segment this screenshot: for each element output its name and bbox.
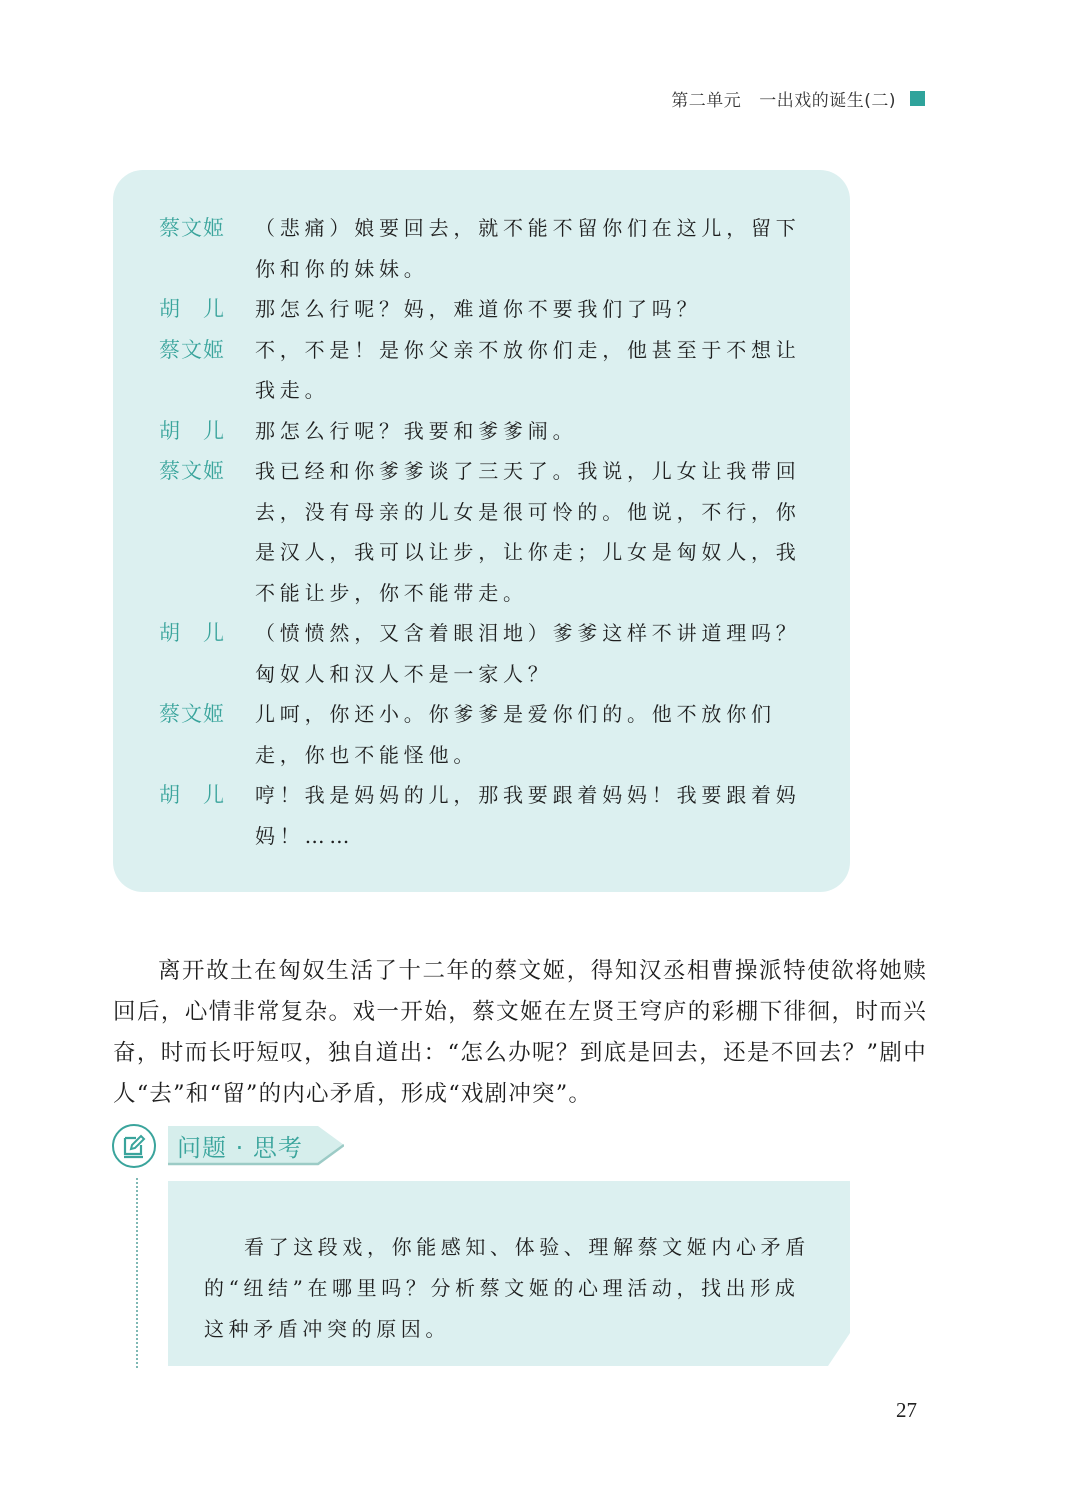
speech-text: 我已经和你爹爹谈了三天了。我说，儿女让我带回去，没有母亲的儿女是很可怜的。他说，… (255, 451, 819, 613)
speech-text: 哼！我是妈妈的儿，那我要跟着妈妈！我要跟着妈妈！…… (255, 775, 819, 856)
dialogue-line: 蔡文姬 儿呵，你还小。你爹爹是爱你们的。他不放你们走，你也不能怪他。 (159, 694, 819, 775)
dialogue-line: 胡 儿 那怎么行呢？妈，难道你不要我们了吗？ (159, 289, 819, 330)
speech-text: 不，不是！是你父亲不放你们走，他甚至于不想让我走。 (255, 330, 819, 411)
running-header: 第二单元 一出戏的诞生(二) (671, 86, 925, 111)
dialogue-line: 蔡文姬 不，不是！是你父亲不放你们走，他甚至于不想让我走。 (159, 330, 819, 411)
body-paragraph: 离开故土在匈奴生活了十二年的蔡文姬，得知汉丞相曹操派特使欲将她赎回后，心情非常复… (113, 951, 927, 1115)
speaker-name: 胡 儿 (159, 775, 255, 816)
speech-text: （悲痛）娘要回去，就不能不留你们在这儿，留下你和你的妹妹。 (255, 208, 819, 289)
speech-text: 儿呵，你还小。你爹爹是爱你们的。他不放你们走，你也不能怪他。 (255, 694, 819, 775)
question-text: 看了这段戏，你能感知、体验、理解蔡文姬内心矛盾的“纽结”在哪里吗？分析蔡文姬的心… (204, 1227, 820, 1350)
speaker-name: 胡 儿 (159, 289, 255, 330)
dotted-divider (136, 1178, 138, 1368)
speech-text: 那怎么行呢？妈，难道你不要我们了吗？ (255, 289, 819, 330)
dialogue-line: 胡 儿 哼！我是妈妈的儿，那我要跟着妈妈！我要跟着妈妈！…… (159, 775, 819, 856)
speech-text: 那怎么行呢？我要和爹爹闹。 (255, 411, 819, 452)
question-box: 看了这段戏，你能感知、体验、理解蔡文姬内心矛盾的“纽结”在哪里吗？分析蔡文姬的心… (168, 1181, 850, 1366)
accent-square-icon (910, 91, 925, 106)
dialogue-line: 胡 儿 那怎么行呢？我要和爹爹闹。 (159, 411, 819, 452)
speaker-name: 胡 儿 (159, 613, 255, 654)
speaker-name: 蔡文姬 (159, 451, 255, 492)
thinking-section-banner: 问题 · 思考 (168, 1126, 344, 1166)
speaker-name: 胡 儿 (159, 411, 255, 452)
speech-text: （愤愤然，又含着眼泪地）爹爹这样不讲道理吗？匈奴人和汉人不是一家人？ (255, 613, 819, 694)
section-title: 问题 · 思考 (177, 1128, 303, 1163)
speaker-name: 蔡文姬 (159, 330, 255, 371)
dialogue-line: 胡 儿 （愤愤然，又含着眼泪地）爹爹这样不讲道理吗？匈奴人和汉人不是一家人？ (159, 613, 819, 694)
speaker-name: 蔡文姬 (159, 694, 255, 735)
unit-label: 第二单元 (671, 86, 741, 111)
dialogue-line: 蔡文姬 我已经和你爹爹谈了三天了。我说，儿女让我带回去，没有母亲的儿女是很可怜的… (159, 451, 819, 613)
dialogue: 蔡文姬 （悲痛）娘要回去，就不能不留你们在这儿，留下你和你的妹妹。 胡 儿 那怎… (159, 208, 819, 856)
script-excerpt-box: 蔡文姬 （悲痛）娘要回去，就不能不留你们在这儿，留下你和你的妹妹。 胡 儿 那怎… (113, 170, 850, 892)
speaker-name: 蔡文姬 (159, 208, 255, 249)
page-number: 27 (896, 1398, 917, 1423)
chapter-title: 一出戏的诞生(二) (759, 86, 896, 111)
dialogue-line: 蔡文姬 （悲痛）娘要回去，就不能不留你们在这儿，留下你和你的妹妹。 (159, 208, 819, 289)
pencil-edit-icon (112, 1124, 156, 1168)
